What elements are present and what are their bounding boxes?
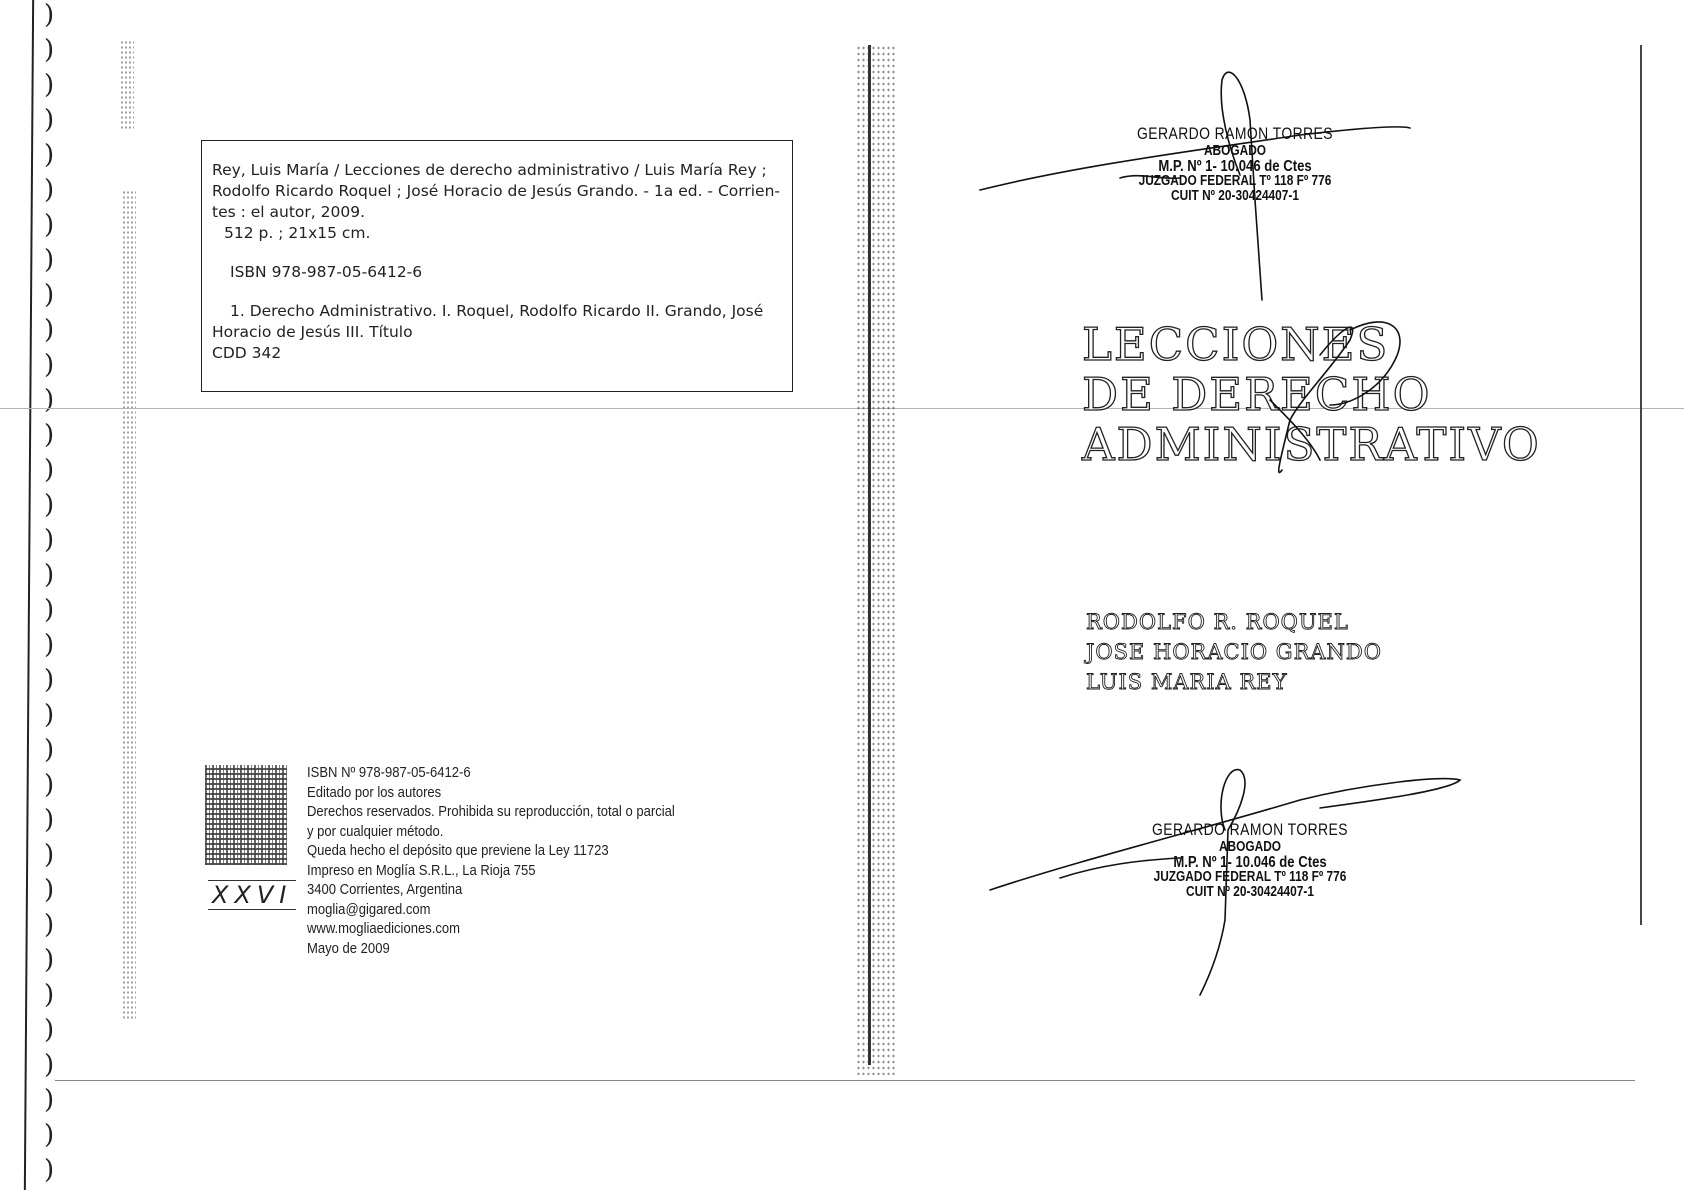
stamp-registration: M.P. Nº 1- 10.046 de Ctes <box>1112 159 1358 174</box>
book-title: LECCIONES DE DERECHO ADMINISTRATIVO <box>1082 320 1541 470</box>
binding-ring-icon: ) <box>44 595 54 625</box>
handwritten-mark: XXVI <box>208 880 296 910</box>
binding-ring-icon: ) <box>44 175 54 205</box>
scan-page-edge <box>24 0 34 1190</box>
imprint-line: 3400 Corrientes, Argentina <box>307 881 675 901</box>
stamp-name: GERARDO RAMON TORRES <box>1127 820 1373 840</box>
imprint-line: Derechos reservados. Prohibida su reprod… <box>307 803 675 823</box>
scan-noise <box>120 40 134 130</box>
stamp-tax-id: CUIT Nº 20-30424407-1 <box>1112 189 1358 204</box>
stamp-tax-id: CUIT Nº 20-30424407-1 <box>1127 885 1373 900</box>
binding-ring-icon: ) <box>44 35 54 65</box>
stamp-name: GERARDO RAMON TORRES <box>1112 124 1358 144</box>
stamp-court: JUZGADO FEDERAL Tº 118 Fº 776 <box>1127 870 1373 885</box>
binding-ring-icon: ) <box>44 70 54 100</box>
binding-ring-icon: ) <box>44 385 54 415</box>
cip-line: tes : el autor, 2009. <box>212 202 792 223</box>
binding-ring-icon: ) <box>44 0 54 30</box>
binding-ring-icon: ) <box>44 210 54 240</box>
author-name: RODOLFO R. ROQUEL <box>1086 607 1382 637</box>
binding-ring-icon: ) <box>44 910 54 940</box>
page-bottom-edge <box>55 1080 1635 1081</box>
spiral-binding: )))))))))))))))))))))))))))))))))) <box>44 0 74 1190</box>
stamp-title: ABOGADO <box>1112 144 1358 159</box>
binding-ring-icon: ) <box>44 1120 54 1150</box>
title-line: LECCIONES <box>1082 320 1541 370</box>
cip-subject: 1. Derecho Administrativo. I. Roquel, Ro… <box>212 301 792 322</box>
cip-subject: Horacio de Jesús III. Título <box>212 322 792 343</box>
binding-ring-icon: ) <box>44 1085 54 1115</box>
title-line: ADMINISTRATIVO <box>1082 420 1541 470</box>
binding-ring-icon: ) <box>44 315 54 345</box>
binding-ring-icon: ) <box>44 735 54 765</box>
scan-noise <box>122 190 136 1020</box>
stamp-title: ABOGADO <box>1127 840 1373 855</box>
imprint-line: y por cualquier método. <box>307 823 675 843</box>
binding-ring-icon: ) <box>44 630 54 660</box>
binding-ring-icon: ) <box>44 105 54 135</box>
book-gutter-noise <box>856 45 896 1075</box>
cip-line: Rey, Luis María / Lecciones de derecho a… <box>212 160 792 181</box>
imprint-isbn: ISBN Nº 978-987-05-6412-6 <box>307 764 675 784</box>
imprint-block: ISBN Nº 978-987-05-6412-6 Editado por lo… <box>307 764 675 959</box>
cip-line: Rodolfo Ricardo Roquel ; José Horacio de… <box>212 181 792 202</box>
binding-ring-icon: ) <box>44 350 54 380</box>
binding-ring-icon: ) <box>44 805 54 835</box>
author-name: LUIS MARIA REY <box>1086 667 1382 697</box>
binding-ring-icon: ) <box>44 840 54 870</box>
binding-ring-icon: ) <box>44 560 54 590</box>
binding-ring-icon: ) <box>44 420 54 450</box>
binding-ring-icon: ) <box>44 1155 54 1185</box>
cip-cdd: CDD 342 <box>212 343 792 364</box>
imprint-line: Editado por los autores <box>307 784 675 804</box>
binding-ring-icon: ) <box>44 280 54 310</box>
author-name: JOSE HORACIO GRANDO <box>1086 637 1382 667</box>
binding-ring-icon: ) <box>44 455 54 485</box>
imprint-website: www.mogliaediciones.com <box>307 920 675 940</box>
binding-ring-icon: ) <box>44 980 54 1010</box>
cip-isbn: ISBN 978-987-05-6412-6 <box>212 262 792 283</box>
binding-ring-icon: ) <box>44 525 54 555</box>
binding-ring-icon: ) <box>44 1015 54 1045</box>
binding-ring-icon: ) <box>44 1050 54 1080</box>
binding-ring-icon: ) <box>44 875 54 905</box>
title-line: DE DERECHO <box>1082 370 1541 420</box>
lawyer-stamp-bottom: GERARDO RAMON TORRES ABOGADO M.P. Nº 1- … <box>1127 820 1373 900</box>
binding-ring-icon: ) <box>44 665 54 695</box>
lawyer-stamp-top: GERARDO RAMON TORRES ABOGADO M.P. Nº 1- … <box>1112 124 1358 204</box>
right-page-edge <box>1640 45 1642 925</box>
binding-ring-icon: ) <box>44 700 54 730</box>
stamp-registration: M.P. Nº 1- 10.046 de Ctes <box>1127 855 1373 870</box>
binding-ring-icon: ) <box>44 245 54 275</box>
imprint-date: Mayo de 2009 <box>307 940 675 960</box>
binding-ring-icon: ) <box>44 140 54 170</box>
cip-pages: 512 p. ; 21x15 cm. <box>212 223 792 244</box>
imprint-line: Impreso en Moglía S.R.L., La Rioja 755 <box>307 862 675 882</box>
cataloging-record: Rey, Luis María / Lecciones de derecho a… <box>212 160 792 364</box>
author-list: RODOLFO R. ROQUEL JOSE HORACIO GRANDO LU… <box>1086 607 1382 697</box>
imprint-line: Queda hecho el depósito que previene la … <box>307 842 675 862</box>
binding-ring-icon: ) <box>44 490 54 520</box>
qr-code <box>205 765 287 865</box>
binding-ring-icon: ) <box>44 945 54 975</box>
imprint-email: moglia@gigared.com <box>307 901 675 921</box>
stamp-court: JUZGADO FEDERAL Tº 118 Fº 776 <box>1112 174 1358 189</box>
book-gutter <box>868 45 871 1065</box>
binding-ring-icon: ) <box>44 770 54 800</box>
